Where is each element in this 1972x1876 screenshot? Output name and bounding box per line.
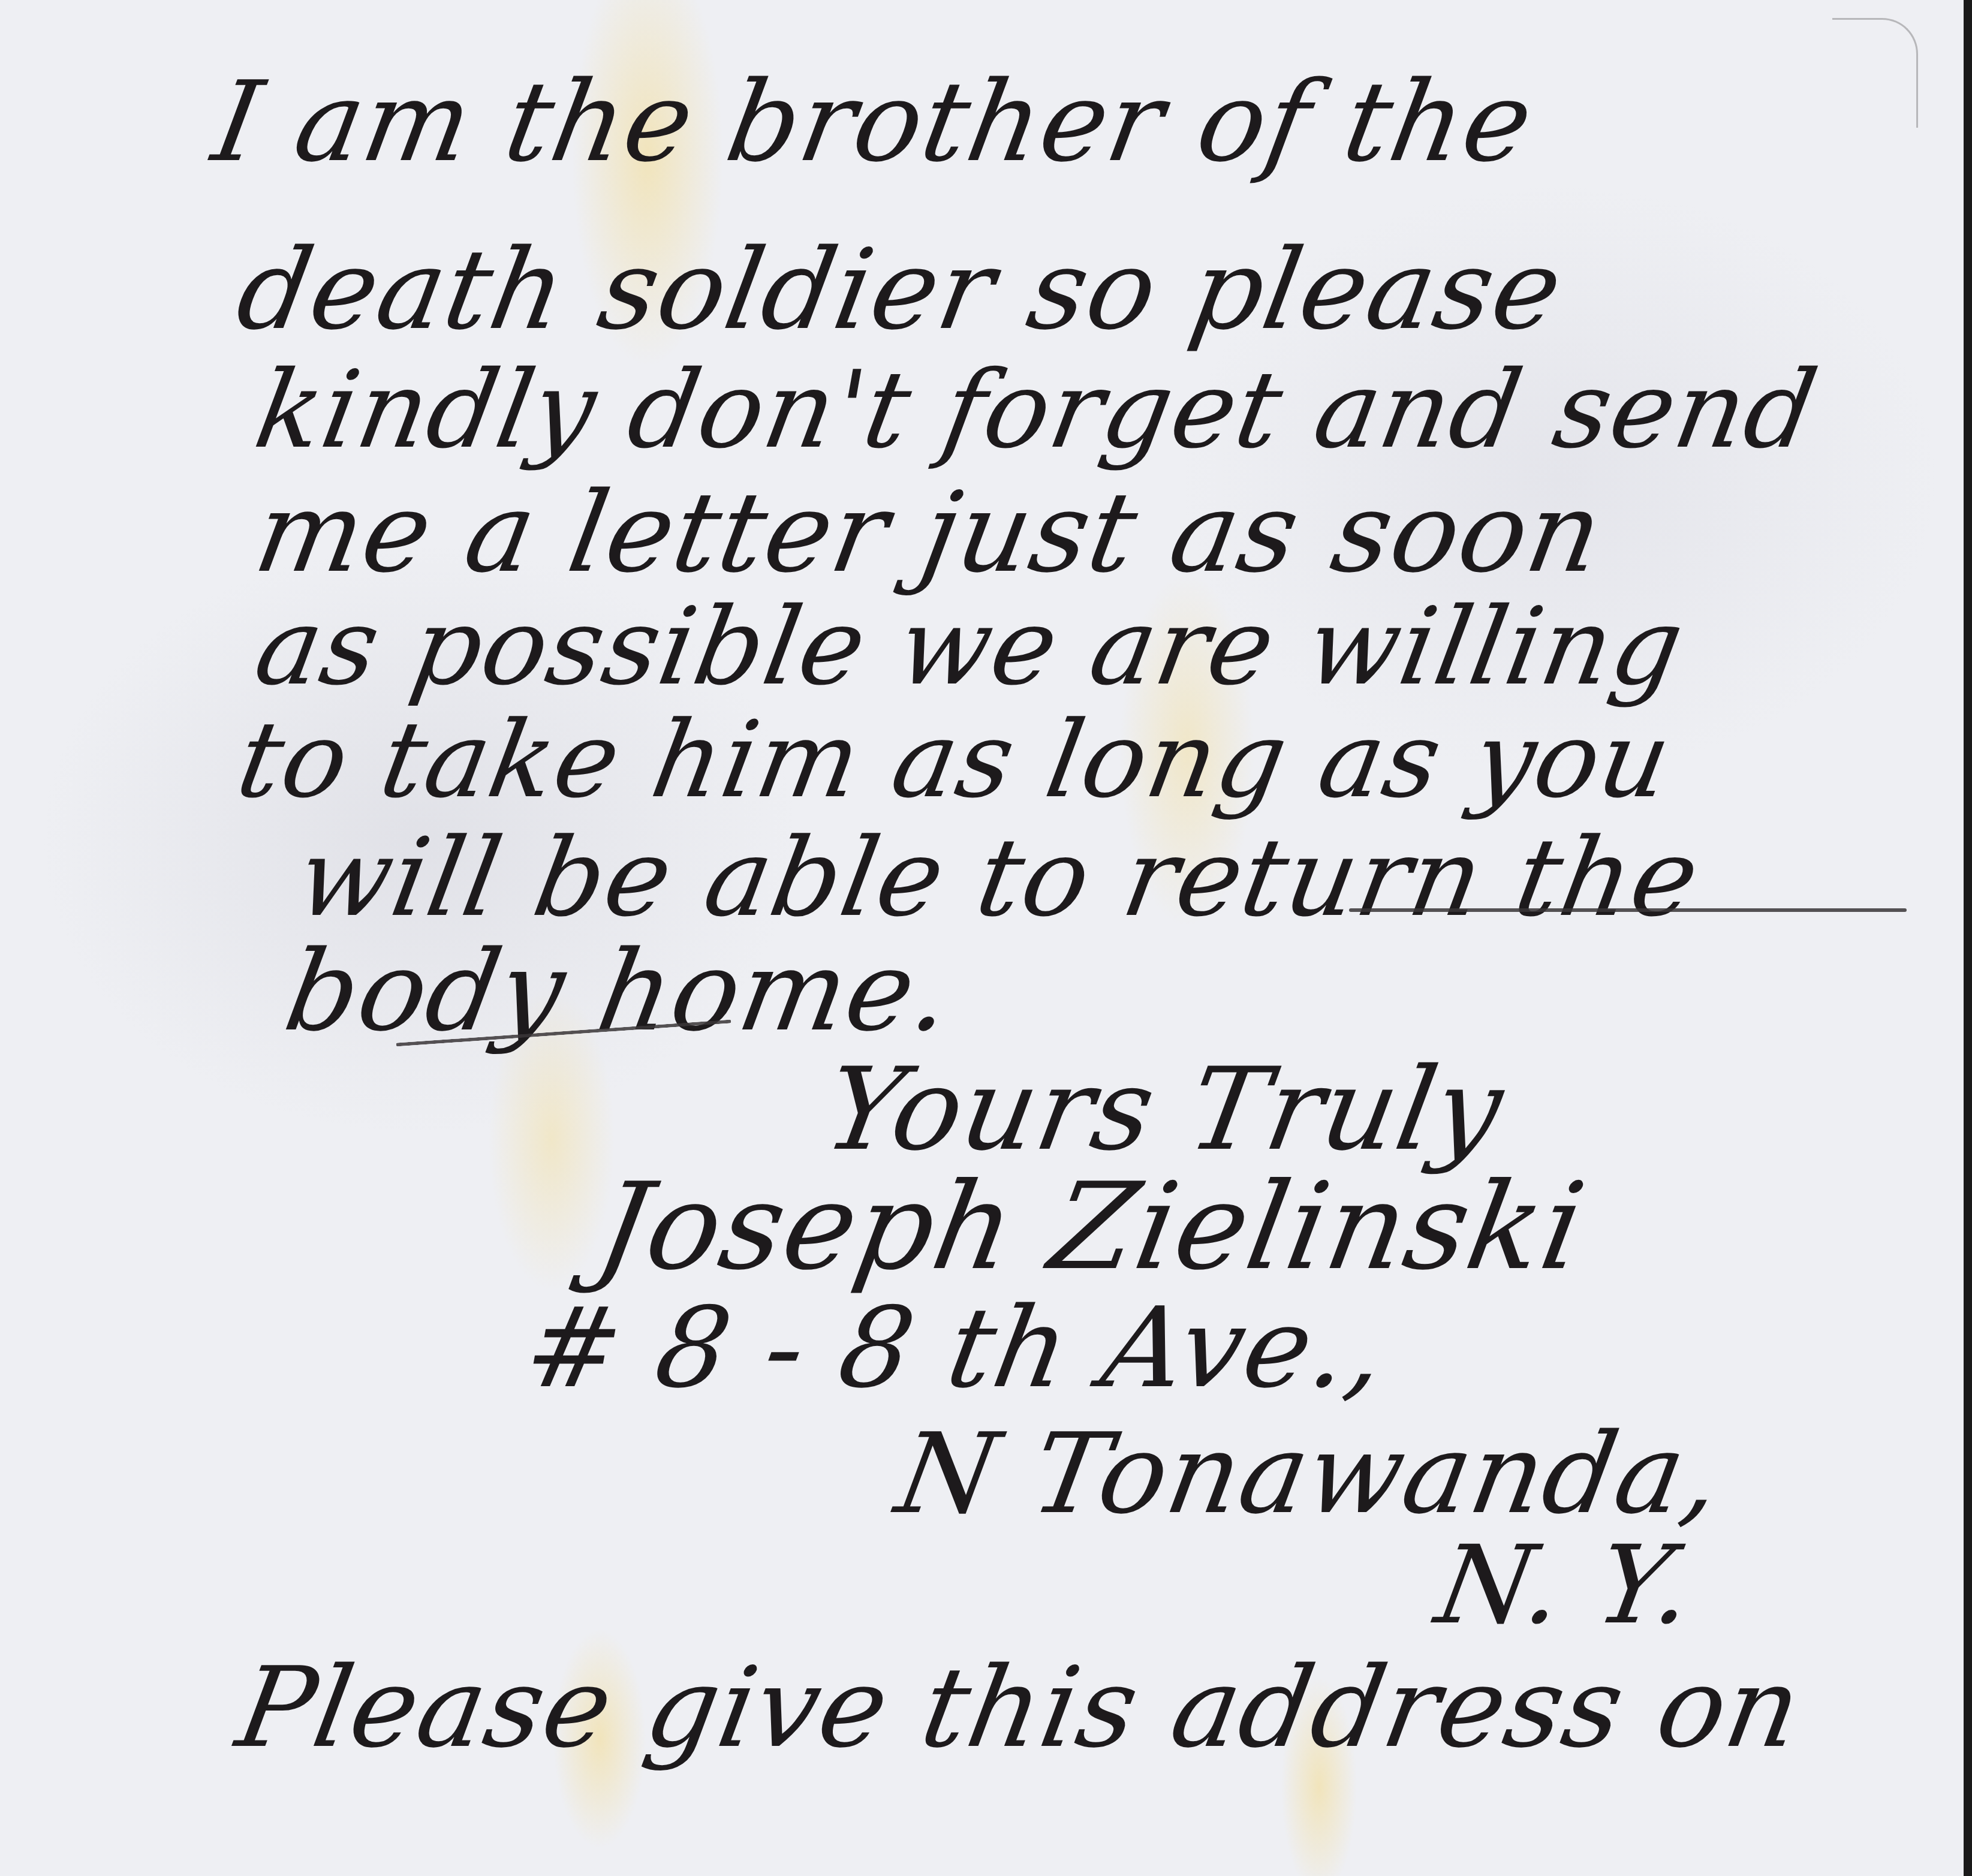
body-line-7: will be able to return the: [289, 815, 1709, 941]
address-state: N. Y.: [1428, 1523, 1704, 1648]
body-line-6: to take him as long as you: [229, 698, 1681, 821]
address-city: N Tonawanda,: [888, 1409, 1732, 1538]
body-line-3: kindly don't forget and send: [247, 348, 1827, 472]
scan-edge: [1964, 0, 1972, 1876]
address-street: # 8 - 8 th Ave.,: [516, 1283, 1396, 1413]
body-line-2: death soldier so please: [228, 225, 1572, 354]
paper-corner-fold: [1832, 18, 1918, 128]
signature: Joseph Zielinski: [587, 1157, 1595, 1297]
body-line-4: me a letter just as soon: [246, 468, 1612, 597]
body-line-8: body home.: [276, 926, 962, 1056]
closing: Yours Truly: [816, 1043, 1513, 1176]
body-line-5: as possible we are willing: [247, 585, 1693, 709]
return-underline: [1349, 908, 1907, 912]
postscript: Please give this address on: [228, 1643, 1811, 1772]
body-line-1: I am the brother of the: [204, 57, 1543, 186]
